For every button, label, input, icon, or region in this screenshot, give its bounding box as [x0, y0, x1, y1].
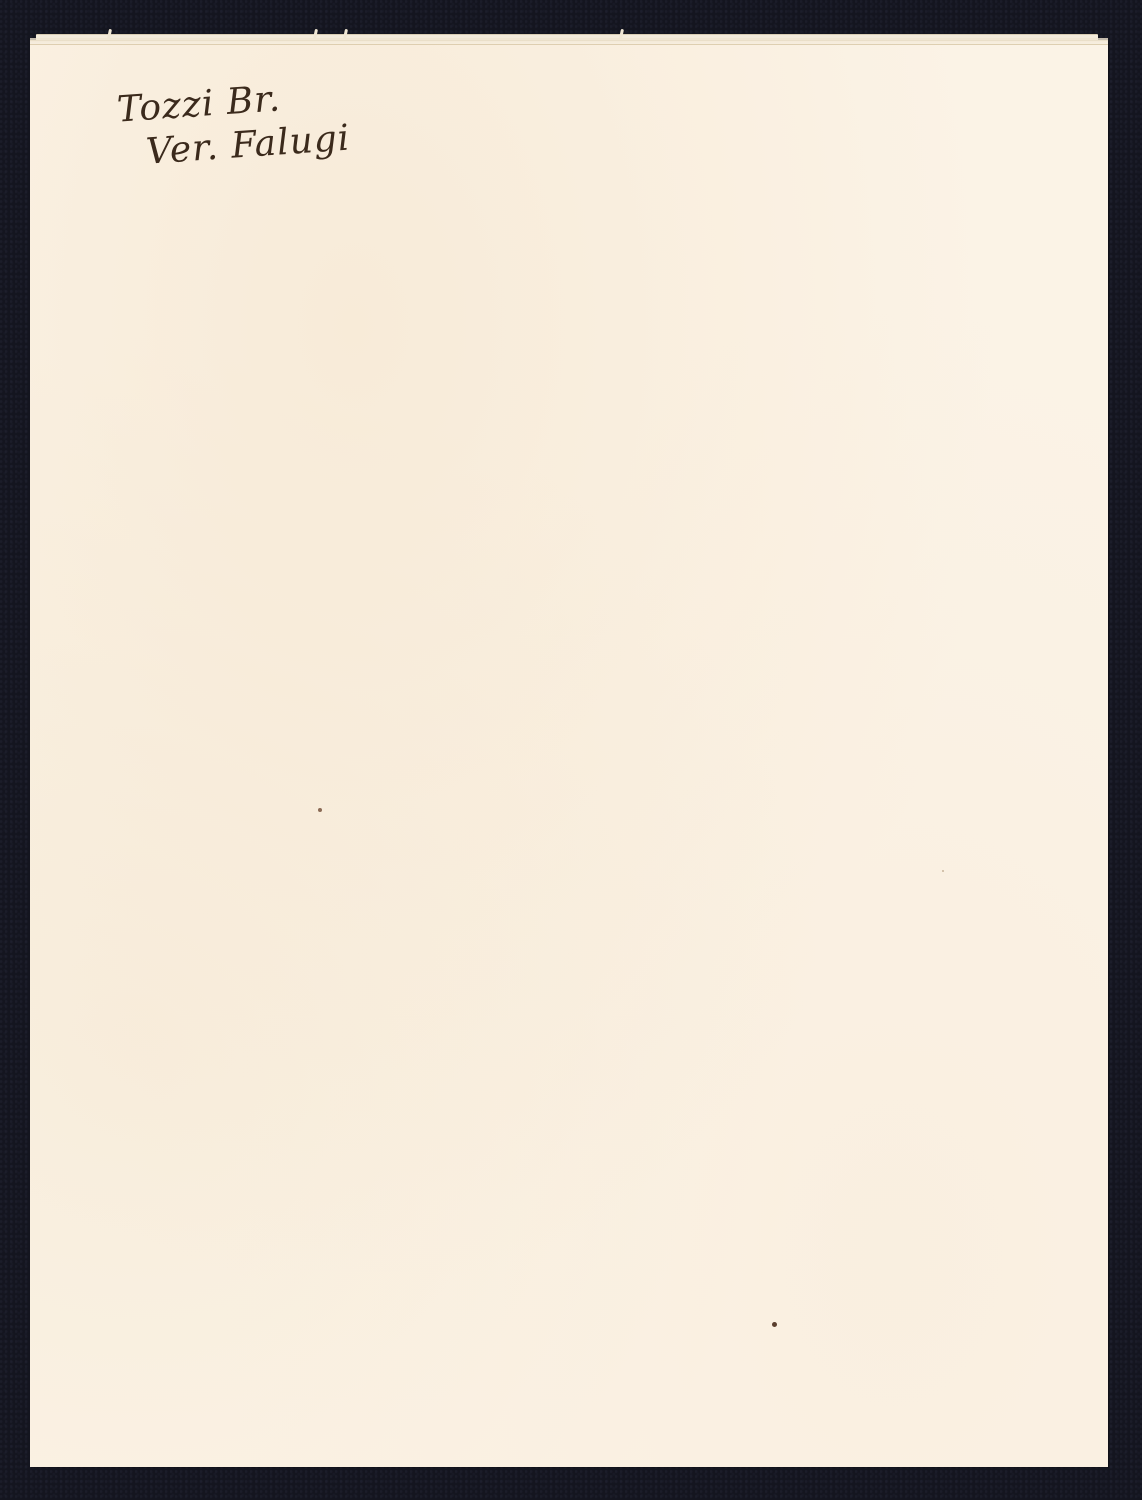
scan-area: Tozzi Br. Ver. Falugi — [0, 0, 1142, 1500]
paper-speck — [772, 1322, 777, 1327]
paper-speck — [318, 808, 322, 812]
paper-speck — [942, 870, 944, 872]
handwritten-note: Tozzi Br. Ver. Falugi — [112, 77, 351, 173]
handwritten-line-2: Ver. Falugi — [145, 121, 351, 171]
paper-top-edge — [30, 38, 1108, 45]
paper-sheet: Tozzi Br. Ver. Falugi — [30, 40, 1108, 1467]
